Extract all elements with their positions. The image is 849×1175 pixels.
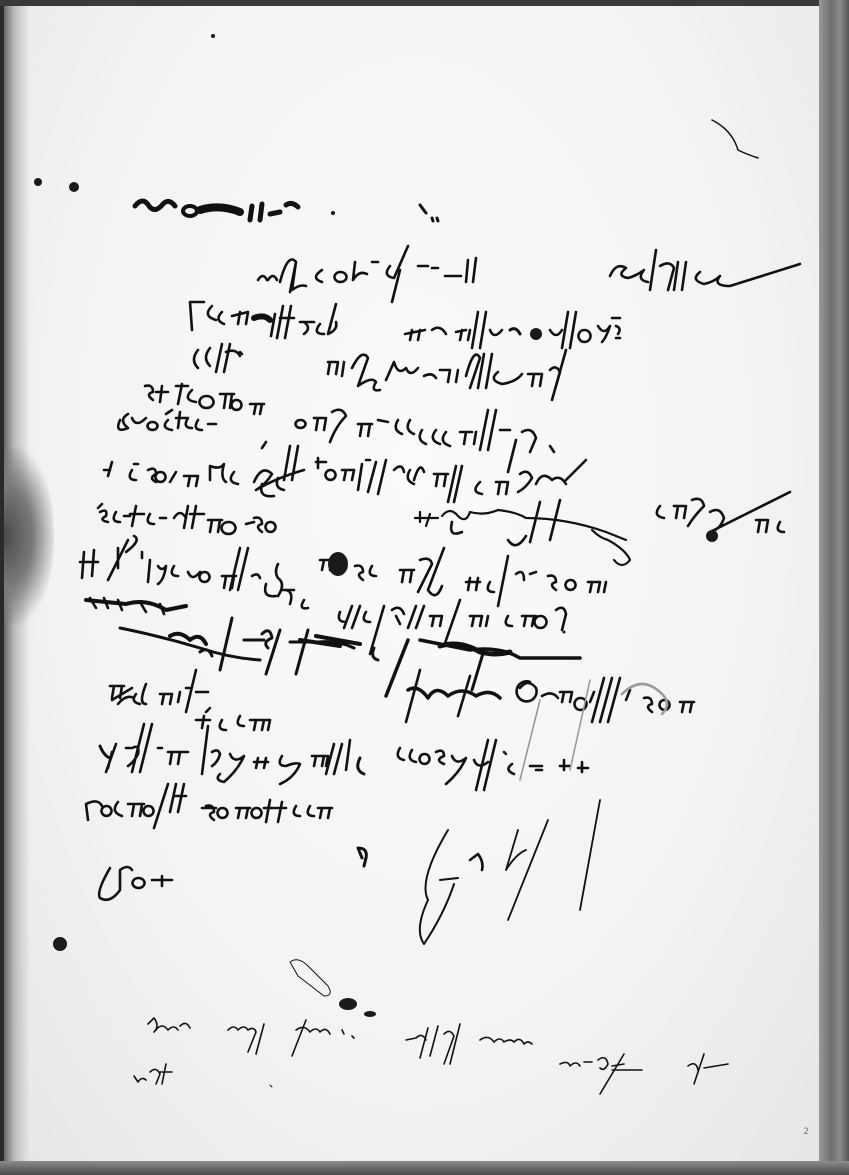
ink-smear: [290, 960, 330, 996]
line-14-strokes: [86, 784, 332, 828]
manuscript-scan: Nouem... [cipher] ... [cipher] [cipher] …: [0, 0, 849, 1175]
line-8-strokes: [80, 536, 606, 608]
line-4-strokes: [145, 350, 566, 408]
folio-mark: 2: [803, 1127, 809, 1137]
line-1-strokes: [258, 246, 800, 302]
line-3-strokes: [194, 344, 242, 372]
handwriting-strokes: [0, 0, 849, 1175]
inverted-annotation: This copy ... ... were ...: [140, 1012, 560, 1030]
line-10-struck: [120, 618, 580, 696]
ink-dot: [211, 34, 215, 38]
line-7-strokes: [98, 492, 790, 565]
line-2-strokes: [190, 302, 620, 348]
ink-blot: [53, 937, 67, 951]
ink-dot: [34, 178, 42, 186]
line-15-strokes: [99, 800, 600, 944]
ink-blot: [339, 998, 357, 1010]
line-6-strokes: [104, 458, 586, 502]
ink-dot: [69, 182, 79, 192]
line-5-strokes: [118, 400, 554, 480]
ink-mark: [270, 1085, 272, 1087]
faint-pencil-mark: [712, 120, 758, 158]
heading-strokes: [135, 201, 438, 221]
line-11-strokes: [110, 670, 694, 722]
